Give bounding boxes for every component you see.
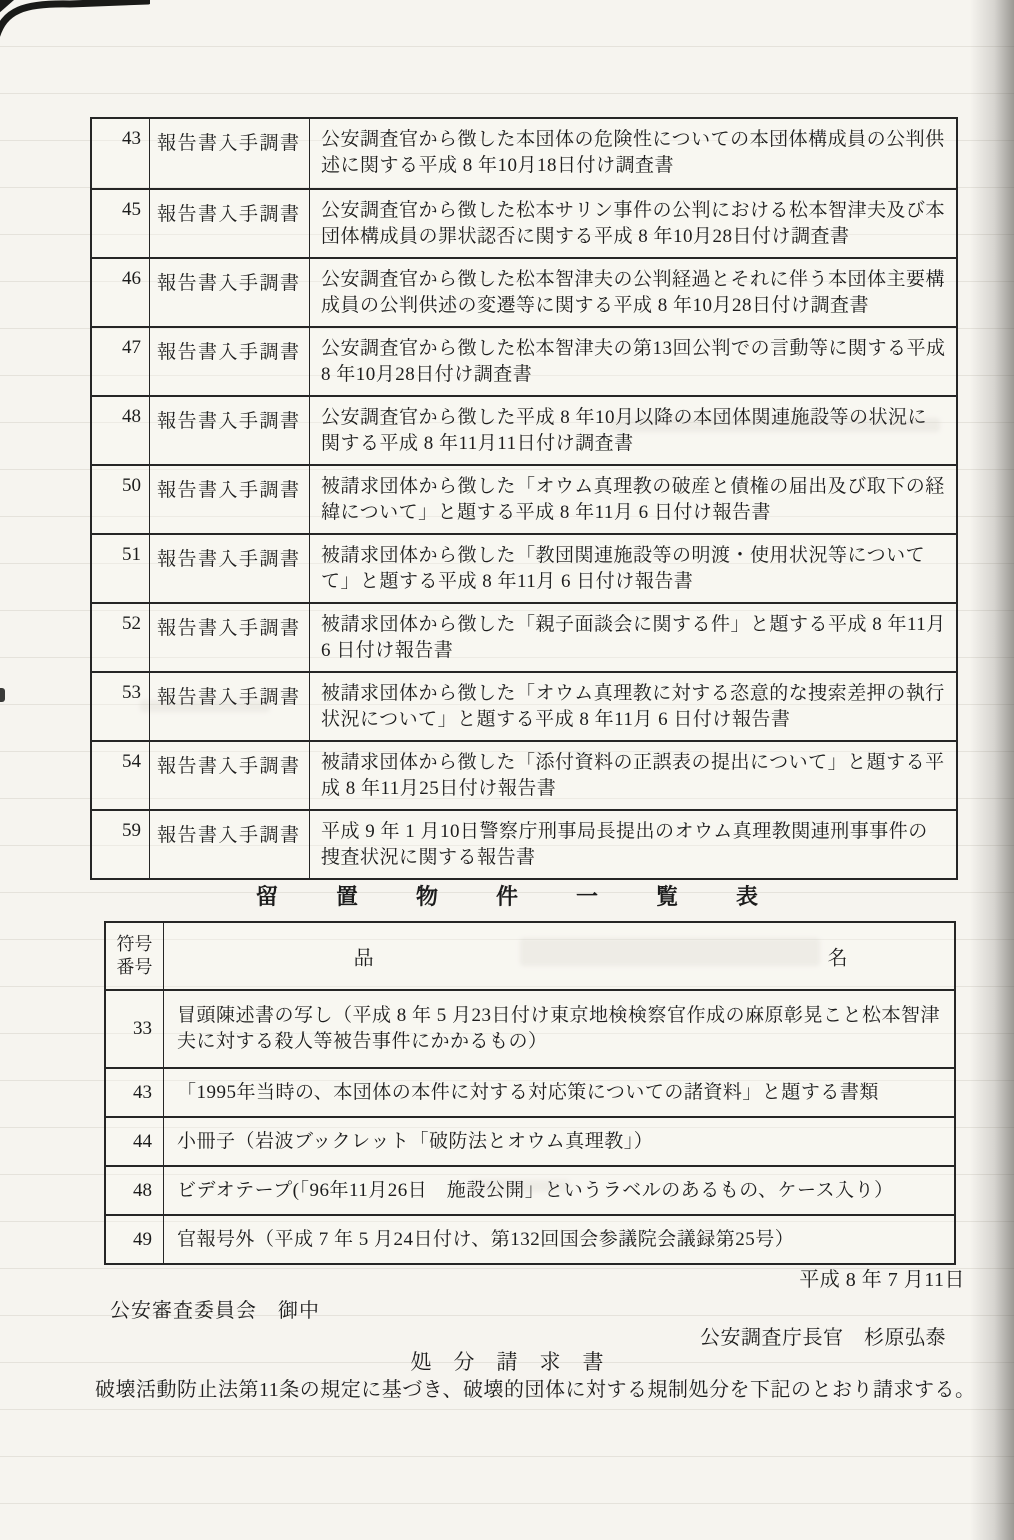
- table-row: 48 報告書入手調書 公安調査官から徴した平成 8 年10月以降の本団体関連施設…: [92, 395, 956, 464]
- row-number: 50: [92, 466, 150, 533]
- row-number: 48: [92, 397, 150, 464]
- item-desc: 「1995年当時の、本団体の本件に対する対応策についての諸資料」と題する書類: [164, 1069, 954, 1116]
- footer-date: 平成 8 年 7 月11日: [799, 1263, 965, 1292]
- document-desc: 公安調査官から徴した松本智津夫の第13回公判での言動等に関する平成 8 年10月…: [310, 328, 956, 395]
- row-number: 51: [92, 535, 150, 602]
- document-desc: 被請求団体から徴した「教団関連施設等の明渡・使用状況等について て」と題する平成…: [310, 535, 956, 602]
- row-number: 52: [92, 604, 150, 671]
- table-row: 54 報告書入手調書 被請求団体から徴した「添付資料の正誤表の提出について」と題…: [92, 740, 956, 809]
- detained-items-title: 留置物件一覧表: [0, 880, 1014, 911]
- footer-addressee: 公安審査委員会 御中: [110, 1294, 320, 1323]
- table-row: 53 報告書入手調書 被請求団体から徴した「オウム真理教に対する恣意的な捜索差押…: [92, 671, 956, 740]
- scan-edge-mark: [0, 688, 5, 702]
- evidence-report-table: 43 報告書入手調書 公安調査官から徴した本団体の危険性についての本団体構成員の…: [90, 117, 958, 880]
- table-row: 45 報告書入手調書 公安調査官から徴した松本サリン事件の公判における松本智津夫…: [92, 188, 956, 257]
- document-desc: 被請求団体から徴した「オウム真理教に対する恣意的な捜索差押の執行状況について」と…: [310, 673, 956, 740]
- document-kind: 報告書入手調書: [150, 119, 310, 188]
- document-desc: 公安調査官から徴した本団体の危険性についての本団体構成員の公判供述に関する平成 …: [310, 119, 956, 188]
- table-header-row: 符号 番号 品 名: [106, 923, 954, 989]
- item-desc: 官報号外（平成 7 年 5 月24日付け、第132回国会参議院会議録第25号）: [164, 1216, 954, 1263]
- table-row: 59 報告書入手調書 平成 9 年 1 月10日警察庁刑事局長提出のオウム真理教…: [92, 809, 956, 878]
- row-number: 54: [92, 742, 150, 809]
- scan-edge-shadow: [970, 0, 1014, 1540]
- header-item-char-right: 名: [828, 942, 848, 971]
- document-desc: 公安調査官から徴した松本智津夫の公判経過とそれに伴う本団体主要構成員の公判供述の…: [310, 259, 956, 326]
- item-desc: 冒頭陳述書の写し（平成 8 年 5 月23日付け東京地検検察官作成の麻原彰晃こと…: [164, 991, 954, 1067]
- table-row: 47 報告書入手調書 公安調査官から徴した松本智津夫の第13回公判での言動等に関…: [92, 326, 956, 395]
- row-number: 53: [92, 673, 150, 740]
- document-kind: 報告書入手調書: [150, 811, 310, 878]
- row-number: 43: [106, 1069, 164, 1116]
- item-desc: ビデオテープ(「96年11月26日 施設公開」というラベルのあるもの、ケース入り…: [164, 1167, 954, 1214]
- document-desc: 被請求団体から徴した「オウム真理教の破産と債権の届出及び取下の経緯について」と題…: [310, 466, 956, 533]
- header-item-char-left: 品: [354, 942, 374, 971]
- row-number: 44: [106, 1118, 164, 1165]
- footer-request-body: 破壊活動防止法第11条の規定に基づき、破壊的団体に対する規制処分を下記のとおり請…: [95, 1373, 975, 1402]
- row-number: 33: [106, 991, 164, 1067]
- row-number: 46: [92, 259, 150, 326]
- document-kind: 報告書入手調書: [150, 397, 310, 464]
- detained-items-table: 符号 番号 品 名 33 冒頭陳述書の写し（平成 8 年 5 月23日付け東京地…: [104, 921, 956, 1265]
- document-kind: 報告書入手調書: [150, 535, 310, 602]
- row-number: 48: [106, 1167, 164, 1214]
- row-number: 49: [106, 1216, 164, 1263]
- document-desc: 公安調査官から徴した平成 8 年10月以降の本団体関連施設等の状況に関する平成 …: [310, 397, 956, 464]
- table-row: 44 小冊子（岩波ブックレット「破防法とオウム真理教」）: [106, 1116, 954, 1165]
- footer-doc-title: 処分請求書: [0, 1346, 1014, 1376]
- table-row: 43 報告書入手調書 公安調査官から徴した本団体の危険性についての本団体構成員の…: [92, 119, 956, 188]
- table-row: 33 冒頭陳述書の写し（平成 8 年 5 月23日付け東京地検検察官作成の麻原彰…: [106, 989, 954, 1067]
- header-item-name: 品 名: [164, 923, 954, 989]
- document-kind: 報告書入手調書: [150, 673, 310, 740]
- table-row: 52 報告書入手調書 被請求団体から徴した「親子面談会に関する件」と題する平成 …: [92, 602, 956, 671]
- table-row: 46 報告書入手調書 公安調査官から徴した松本智津夫の公判経過とそれに伴う本団体…: [92, 257, 956, 326]
- header-code-top: 符号: [117, 933, 153, 956]
- document-desc: 公安調査官から徴した松本サリン事件の公判における松本智津夫及び本団体構成員の罪状…: [310, 190, 956, 257]
- document-desc: 平成 9 年 1 月10日警察庁刑事局長提出のオウム真理教関連刑事事件の捜査状況…: [310, 811, 956, 878]
- document-kind: 報告書入手調書: [150, 742, 310, 809]
- row-number: 59: [92, 811, 150, 878]
- row-number: 43: [92, 119, 150, 188]
- document-kind: 報告書入手調書: [150, 604, 310, 671]
- document-kind: 報告書入手調書: [150, 259, 310, 326]
- item-desc: 小冊子（岩波ブックレット「破防法とオウム真理教」）: [164, 1118, 954, 1165]
- table-row: 43 「1995年当時の、本団体の本件に対する対応策についての諸資料」と題する書…: [106, 1067, 954, 1116]
- document-kind: 報告書入手調書: [150, 466, 310, 533]
- document-kind: 報告書入手調書: [150, 328, 310, 395]
- table-row: 50 報告書入手調書 被請求団体から徴した「オウム真理教の破産と債権の届出及び取…: [92, 464, 956, 533]
- table-row: 48 ビデオテープ(「96年11月26日 施設公開」というラベルのあるもの、ケー…: [106, 1165, 954, 1214]
- header-code-bottom: 番号: [117, 956, 153, 979]
- document-desc: 被請求団体から徴した「親子面談会に関する件」と題する平成 8 年11月 6 日付…: [310, 604, 956, 671]
- document-desc: 被請求団体から徴した「添付資料の正誤表の提出について」と題する平成 8 年11月…: [310, 742, 956, 809]
- scanned-document-page: 43 報告書入手調書 公安調査官から徴した本団体の危険性についての本団体構成員の…: [0, 0, 1014, 1540]
- document-kind: 報告書入手調書: [150, 190, 310, 257]
- row-number: 47: [92, 328, 150, 395]
- scan-corner-artifact: [0, 0, 150, 42]
- header-code-number: 符号 番号: [106, 923, 164, 989]
- table-row: 51 報告書入手調書 被請求団体から徴した「教団関連施設等の明渡・使用状況等につ…: [92, 533, 956, 602]
- row-number: 45: [92, 190, 150, 257]
- table-row: 49 官報号外（平成 7 年 5 月24日付け、第132回国会参議院会議録第25…: [106, 1214, 954, 1263]
